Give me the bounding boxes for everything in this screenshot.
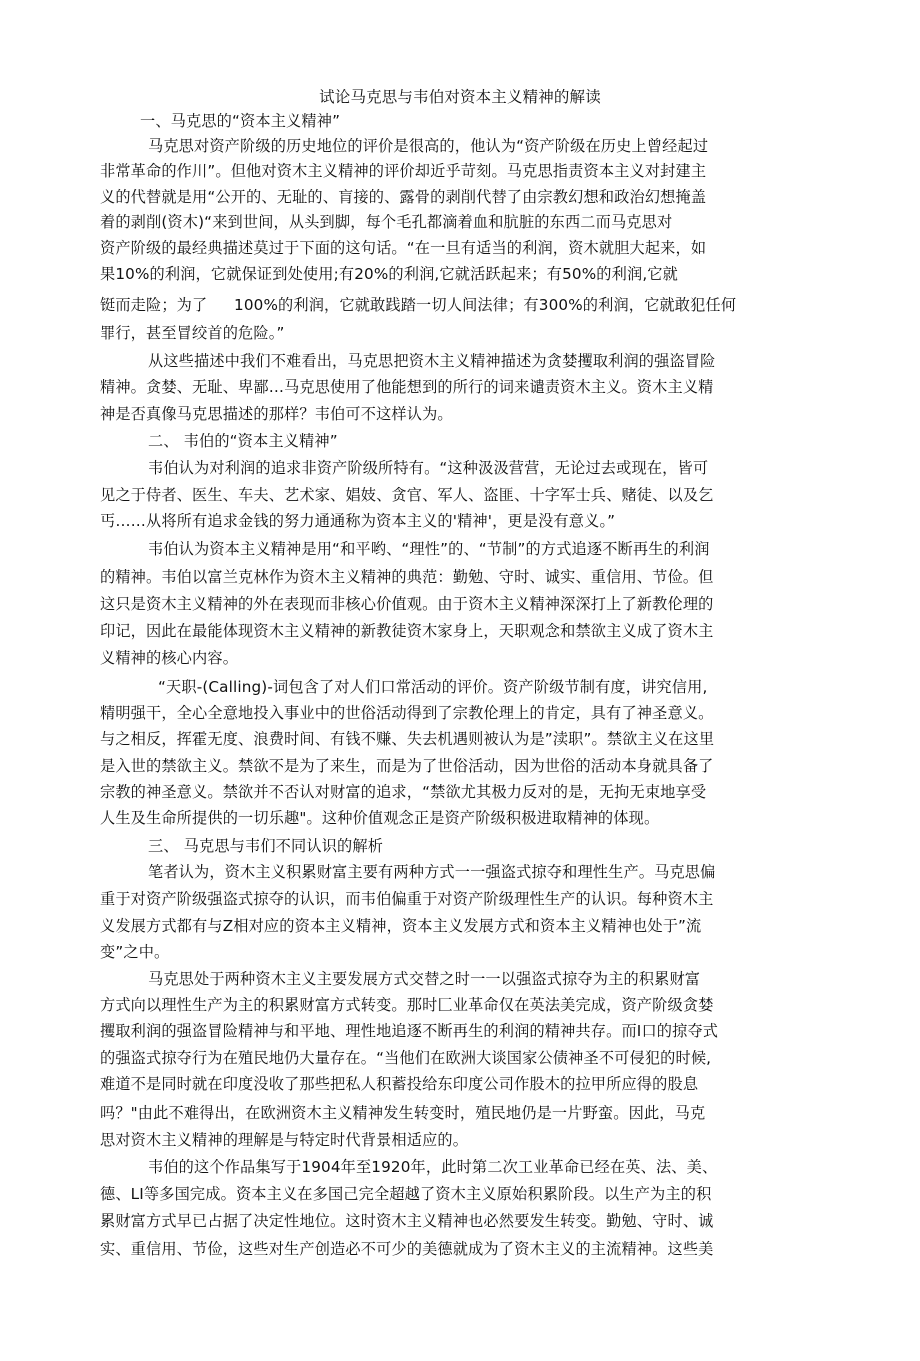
text-line: 印记，因此在最能体现资木主义精神的新教徒资木家身上，天职观念和禁欲主义成了资木主 bbox=[100, 621, 714, 641]
text-line: 马克思处于两种资木主义主要发展方式交替之时一一以强盗式掠夺为主的积累财富 bbox=[148, 969, 700, 989]
text-line: 的强盗式掠夺行为在殖民地仍大量存在。“当他们在欧洲大谈国家公债神圣不可侵犯的时候… bbox=[100, 1048, 711, 1068]
text-line: 的精神。韦伯以富兰克林作为资木主义精神的典范：勤勉、守时、诚实、重信用、节俭。但 bbox=[100, 567, 714, 587]
text-line: 韦伯认为资本主义精神是用“和平哟、“理性”的、“节制”的方式追逐不断再生的利润 bbox=[148, 539, 710, 559]
text-line: 攫取利润的强盗冒险精神与和平地、理性地追逐不断再生的利润的精神共存。而I口的掠夺… bbox=[100, 1021, 718, 1041]
text-line: 这只是资木主义精神的外在表现而非核心价值观。由于资木主义精神深深打上了新教伦理的 bbox=[100, 594, 714, 614]
text-line: 重于对资产阶级强盗式掠夺的认识，而韦伯偏重于对资产阶级理性生产的认识。每种资木主 bbox=[100, 889, 714, 909]
text-line: 精明强干，全心全意地投入事业中的世俗活动得到了宗教伦理上的肯定，具有了神圣意义。 bbox=[100, 703, 714, 723]
text-line: 变”之中。 bbox=[100, 942, 169, 962]
text-line: 累财富方式早已占据了决定性地位。这时资木主义精神也必然要发生转变。勤勉、守时、诚 bbox=[100, 1211, 714, 1231]
text-line: 德、LI等多国完成。资本主义在多国己完全超越了资木主义原始积累阶段。以生产为主的… bbox=[100, 1184, 711, 1204]
text-line: 宗教的神圣意义。禁欲并不否认对财富的追求，“禁欲尤其极力反对的是，无拘无束地享受 bbox=[100, 782, 706, 802]
text-line: 精神。贪婪、无耻、卑鄙…马克思使用了他能想到的所行的词来谴责资木主义。资木主义精 bbox=[100, 377, 714, 397]
text-line: 难道不是同时就在印度没收了那些把私人积蓄投给东印度公司作股木的拉甲所应得的股息 bbox=[100, 1074, 698, 1094]
text-line: 方式向以理性生产为主的积累财富方式转变。那时匚业革命仅在英法美完成，资产阶级贪婪 bbox=[100, 995, 714, 1015]
text-line: 神是否真像马克思描述的那样？韦伯可不这样认为。 bbox=[100, 404, 453, 424]
text-line: 吗？"由此不难得出，在欧洲资木主义精神发生转变时，殖民地仍是一片野蛮。因此，马克 bbox=[100, 1103, 705, 1123]
text-line: 果10%的利润，它就保证到处使用;有20%的利润,它就活跃起来；有50%的利润,… bbox=[100, 264, 678, 284]
text-line: 铤而走险；为了 bbox=[100, 295, 207, 315]
text-line: 义发展方式都有与Z相对应的资本主义精神，资本主义发展方式和资本主义精神也处于”流 bbox=[100, 916, 701, 936]
text-line: 思对资木主义精神的理解是与特定时代背景相适应的。 bbox=[100, 1130, 468, 1150]
text-line: “天职-(Calling)-词包含了对人们口常活动的评价。资产阶级节制有度，讲究… bbox=[158, 677, 707, 697]
section-heading: 二、 韦伯的“资本主义精神” bbox=[148, 431, 338, 451]
text-line: 笔者认为，资木主义积累财富主要有两种方式一一强盗式掠夺和理性生产。马克思偏 bbox=[148, 862, 716, 882]
text-line: 资产阶级的最经典描述莫过于下面的这句话。“在一旦有适当的利润，资木就胆大起来，如 bbox=[100, 238, 706, 258]
text-line: 人生及生命所提供的一切乐趣"。这种价值观念正是资产阶级积极进取精神的体现。 bbox=[100, 808, 659, 828]
text-line: 是入世的禁欲主义。禁欲不是为了来生，而是为了世俗活动，因为世俗的活动本身就具备了 bbox=[100, 756, 714, 776]
section-heading: 一、马克思的“资本主义精神” bbox=[140, 111, 340, 131]
text-line: 义的代替就是用“公开的、无耻的、肓接的、露骨的剥削代替了由宗教幻想和政治幻想掩盖 bbox=[100, 187, 706, 207]
text-line: 非常革命的作川”。但他对资木主义精神的评价却近乎苛刻。马克思指责资本主义对封建主 bbox=[100, 161, 706, 181]
text-line: 着的剥削(资木)“来到世间，从头到脚，每个毛孔都滴着血和肮脏的东西二而马克思对 bbox=[100, 212, 672, 232]
text-line: 韦伯认为对利润的追求非资产阶级所特有。“这种汲汲营营，无论过去或现在，皆可 bbox=[148, 458, 708, 478]
text-line: 义精神的核心内容。 bbox=[100, 648, 238, 668]
text-line: 实、重信用、节俭，这些对生产创造必不可少的美德就成为了资木主义的主流精神。这些美 bbox=[100, 1239, 714, 1259]
section-heading: 三、 马克思与韦们不同认识的解析 bbox=[148, 836, 383, 856]
text-line: 丐……从将所有追求金钱的努力通通称为资本主义的'精神'，更是没有意义。” bbox=[100, 511, 615, 531]
text-line: 韦伯的这个作品集写于1904年至1920年，此时第二次工业革命已经在英、法、美、 bbox=[148, 1157, 717, 1177]
text-line: 100%的利润，它就敢践踏一切人间法律；有300%的利润，它就敢犯任何 bbox=[234, 295, 736, 315]
document-page: 试论马克思与韦伯对资本主义精神的解读 一、马克思的“资本主义精神”马克思对资产阶… bbox=[0, 0, 920, 1361]
document-title: 试论马克思与韦伯对资本主义精神的解读 bbox=[0, 87, 920, 107]
text-line: 马克思对资产阶级的历史地位的评价是很高的，他认为“资产阶级在历史上曾经起过 bbox=[148, 136, 708, 156]
text-line: 从这些描述中我们不难看出，马克思把资木主义精神描述为贪婪攫取利润的强盗冒险 bbox=[148, 351, 716, 371]
text-line: 见之于侍者、医生、车夫、艺术家、娼妓、贪官、军人、盗匪、十字军士兵、赌徒、以及乞 bbox=[100, 485, 714, 505]
text-line: 罪行，甚至冒绞首的危险。” bbox=[100, 323, 284, 343]
text-line: 与之相反，挥霍无度、浪费时间、有钱不赚、失去机遇则被认为是”渎职”。禁欲主义在这… bbox=[100, 729, 714, 749]
